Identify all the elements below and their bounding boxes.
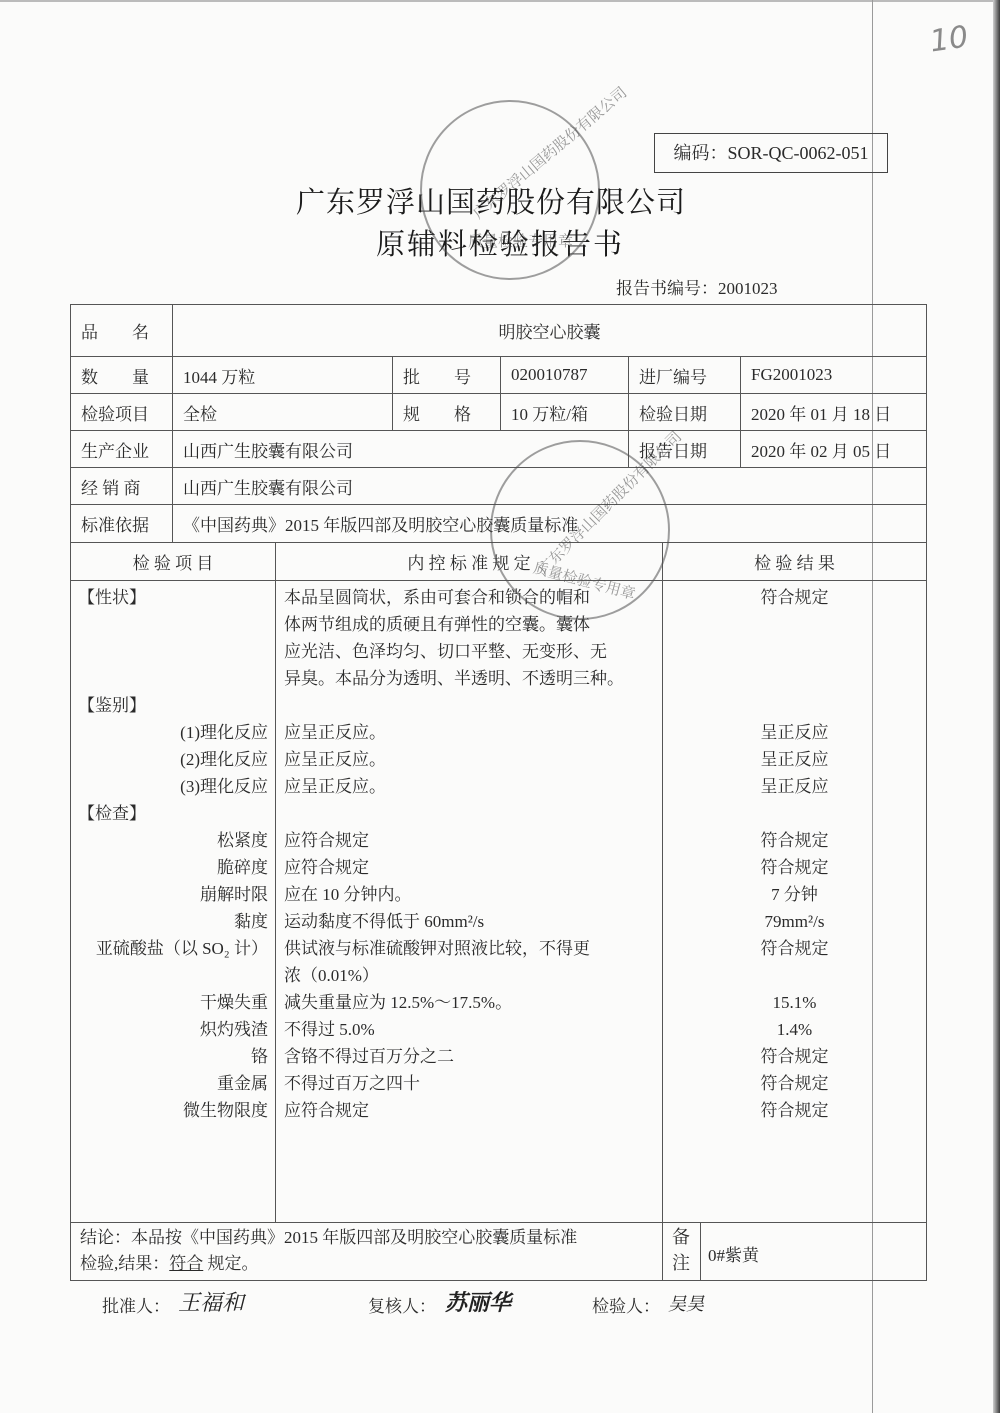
standard-sulfite-line-1: 供试液与标准硫酸钾对照液比较，不得更 (284, 935, 659, 962)
result-sulfite: 符合规定 (662, 935, 927, 989)
item-chromium: 铬 (78, 1043, 268, 1070)
standard-line: 异臭。本品分为透明、半透明、不透明三种。 (284, 665, 659, 692)
document-code-box: 编码：SOR-QC-0062-051 (654, 133, 888, 173)
remark-label-char-2: 注 (662, 1251, 700, 1277)
quantity-label: 数 量 (70, 356, 173, 394)
item-identification: 【鉴别】 (78, 692, 268, 719)
standard-heavy-metals: 不得过百万之四十 (284, 1070, 659, 1097)
item-microbial-limit: 微生物限度 (78, 1097, 268, 1124)
results-standard-column: 本品呈圆筒状，系由可套合和锁合的帽和 体两节组成的质硬且有弹性的空囊。囊体 应光… (284, 584, 659, 1124)
product-name-label-text: 品 名 (81, 318, 149, 343)
item-viscosity: 黏度 (78, 908, 268, 935)
test-date-label: 检验日期 (628, 393, 741, 431)
result-loss-on-drying: 15.1% (662, 989, 927, 1016)
batch-label: 批 号 (392, 356, 501, 394)
spec-value: 10 万粒/箱 (500, 393, 629, 431)
standard-label: 标准依据 (70, 504, 173, 543)
quantity-label-text: 数 量 (81, 363, 149, 388)
result-disintegration: 7 分钟 (662, 881, 927, 908)
conclusion-bottom-border (70, 1280, 927, 1281)
standard-tightness: 应符合规定 (284, 827, 659, 854)
distributor-value: 山西广生胶囊有限公司 (172, 467, 927, 505)
conclusion-verdict: 符合 (169, 1254, 203, 1273)
results-header-item: 检 验 项 目 (70, 542, 276, 581)
item-inspection: 【检查】 (78, 800, 268, 827)
results-value-column: 符合规定 呈正反应 呈正反应 呈正反应 符合规定 符合规定 7 分钟 79mm²… (662, 584, 927, 1124)
standard-reaction-3: 应呈正反应。 (284, 773, 659, 800)
standard-value: 《中国药典》2015 年版四部及明胶空心胶囊质量标准 (172, 504, 927, 543)
reviewer-label: 复核人： (368, 1292, 436, 1317)
item-reaction-3: (3)理化反应 (78, 773, 268, 800)
result-microbial-limit: 符合规定 (662, 1097, 927, 1124)
result-appearance: 符合规定 (662, 584, 927, 719)
scan-top-edge (0, 0, 1000, 2)
result-residue-on-ignition: 1.4% (662, 1016, 927, 1043)
item-sulfite: 亚硫酸盐（以 SO₂ 计） (78, 935, 268, 989)
item-loss-on-drying: 干燥失重 (78, 989, 268, 1016)
inspector-signature: 吴昊 (668, 1290, 704, 1316)
conclusion-line-1: 结论：本品按《中国药典》2015 年版四部及明胶空心胶囊质量标准 (80, 1225, 577, 1251)
manufacturer-value: 山西广生胶囊有限公司 (172, 430, 629, 468)
report-date-label: 报告日期 (628, 430, 741, 468)
test-scope-label: 检验项目 (70, 393, 173, 431)
company-title: 广东罗浮山国药股份有限公司 (296, 180, 696, 221)
standard-residue-on-ignition: 不得过 5.0% (284, 1016, 659, 1043)
spec-label: 规 格 (392, 393, 501, 431)
quantity-value: 1044 万粒 (172, 356, 393, 394)
item-friability: 脆碎度 (78, 854, 268, 881)
reviewer-signature: 苏丽华 (445, 1286, 511, 1317)
result-reaction-2: 呈正反应 (662, 746, 927, 773)
item-disintegration: 崩解时限 (78, 881, 268, 908)
standard-chromium: 含铬不得过百万分之二 (284, 1043, 659, 1070)
conclusion-left-border (70, 1222, 71, 1280)
standard-disintegration: 应在 10 分钟内。 (284, 881, 659, 908)
intake-no-value: FG2001023 (740, 356, 927, 394)
standard-appearance: 本品呈圆筒状，系由可套合和锁合的帽和 体两节组成的质硬且有弹性的空囊。囊体 应光… (284, 584, 659, 692)
standard-loss-on-drying: 减失重量应为 12.5%～17.5%。 (284, 989, 659, 1016)
approver-label: 批准人： (102, 1292, 170, 1317)
report-title: 原辅料检验报告书 (376, 222, 636, 263)
manufacturer-label: 生产企业 (70, 430, 173, 468)
conclusion-line-2: 检验,结果：符合 规定。 (80, 1251, 577, 1277)
result-tightness: 符合规定 (662, 827, 927, 854)
scan-right-edge (993, 0, 1000, 1413)
standard-line: 本品呈圆筒状，系由可套合和锁合的帽和 (284, 584, 659, 611)
distributor-label: 经 销 商 (70, 467, 173, 505)
conclusion-text: 结论：本品按《中国药典》2015 年版四部及明胶空心胶囊质量标准 检验,结果：符… (80, 1225, 577, 1277)
batch-value: 020010787 (500, 356, 629, 394)
product-name-text: 明胶空心胶囊 (499, 318, 601, 343)
approver-signature: 王福和 (178, 1286, 244, 1317)
test-date-value: 2020 年 01 月 18 日 (740, 393, 927, 431)
handwritten-page-number: 10 (928, 20, 971, 60)
item-tightness: 松紧度 (78, 827, 268, 854)
test-scope-value: 全检 (172, 393, 393, 431)
result-reaction-1: 呈正反应 (662, 719, 927, 746)
conclusion-divider-2 (700, 1222, 701, 1280)
item-reaction-2: (2)理化反应 (78, 746, 268, 773)
item-reaction-1: (1)理化反应 (78, 719, 268, 746)
conclusion-right-border (926, 1222, 927, 1280)
standard-line: 体两节组成的质硬且有弹性的空囊。囊体 (284, 611, 659, 638)
standard-viscosity: 运动黏度不得低于 60mm²/s (284, 908, 659, 935)
standard-identification-empty (284, 692, 659, 719)
item-residue-on-ignition: 炽灼残渣 (78, 1016, 268, 1043)
standard-microbial-limit: 应符合规定 (284, 1097, 659, 1124)
product-name-label: 品 名 (70, 304, 173, 357)
conclusion-prefix: 检验,结果： (80, 1254, 169, 1273)
results-item-column: 【性状】 【鉴别】 (1)理化反应 (2)理化反应 (3)理化反应 【检查】 松… (78, 584, 268, 1124)
result-inspection-empty (662, 800, 927, 827)
body-divider-1 (275, 580, 276, 1222)
results-header-standard: 内 控 标 准 规 定 (275, 542, 663, 581)
result-friability: 符合规定 (662, 854, 927, 881)
inspector-label: 检验人： (592, 1292, 660, 1317)
standard-reaction-1: 应呈正反应。 (284, 719, 659, 746)
remark-label-char-1: 备 (662, 1225, 700, 1251)
body-left-border (70, 580, 71, 1222)
report-number: 报告书编号：2001023 (616, 274, 778, 299)
result-chromium: 符合规定 (662, 1043, 927, 1070)
standard-reaction-2: 应呈正反应。 (284, 746, 659, 773)
report-date-value: 2020 年 02 月 05 日 (740, 430, 927, 468)
product-name-value: 明胶空心胶囊 (172, 304, 927, 357)
conclusion-top-border (70, 1222, 927, 1223)
results-header-result: 检 验 结 果 (662, 542, 927, 581)
intake-no-label: 进厂编号 (628, 356, 741, 394)
conclusion-suffix: 规定。 (208, 1254, 259, 1273)
standard-sulfite-line-2: 浓（0.01%） (284, 962, 659, 989)
item-appearance: 【性状】 (78, 584, 268, 692)
standard-inspection-empty (284, 800, 659, 827)
item-heavy-metals: 重金属 (78, 1070, 268, 1097)
remark-label: 备 注 (662, 1225, 700, 1277)
result-viscosity: 79mm²/s (662, 908, 927, 935)
result-reaction-3: 呈正反应 (662, 773, 927, 800)
standard-line: 应光洁、色泽均匀、切口平整、无变形、无 (284, 638, 659, 665)
standard-friability: 应符合规定 (284, 854, 659, 881)
remark-value: 0#紫黄 (708, 1241, 759, 1266)
result-heavy-metals: 符合规定 (662, 1070, 927, 1097)
